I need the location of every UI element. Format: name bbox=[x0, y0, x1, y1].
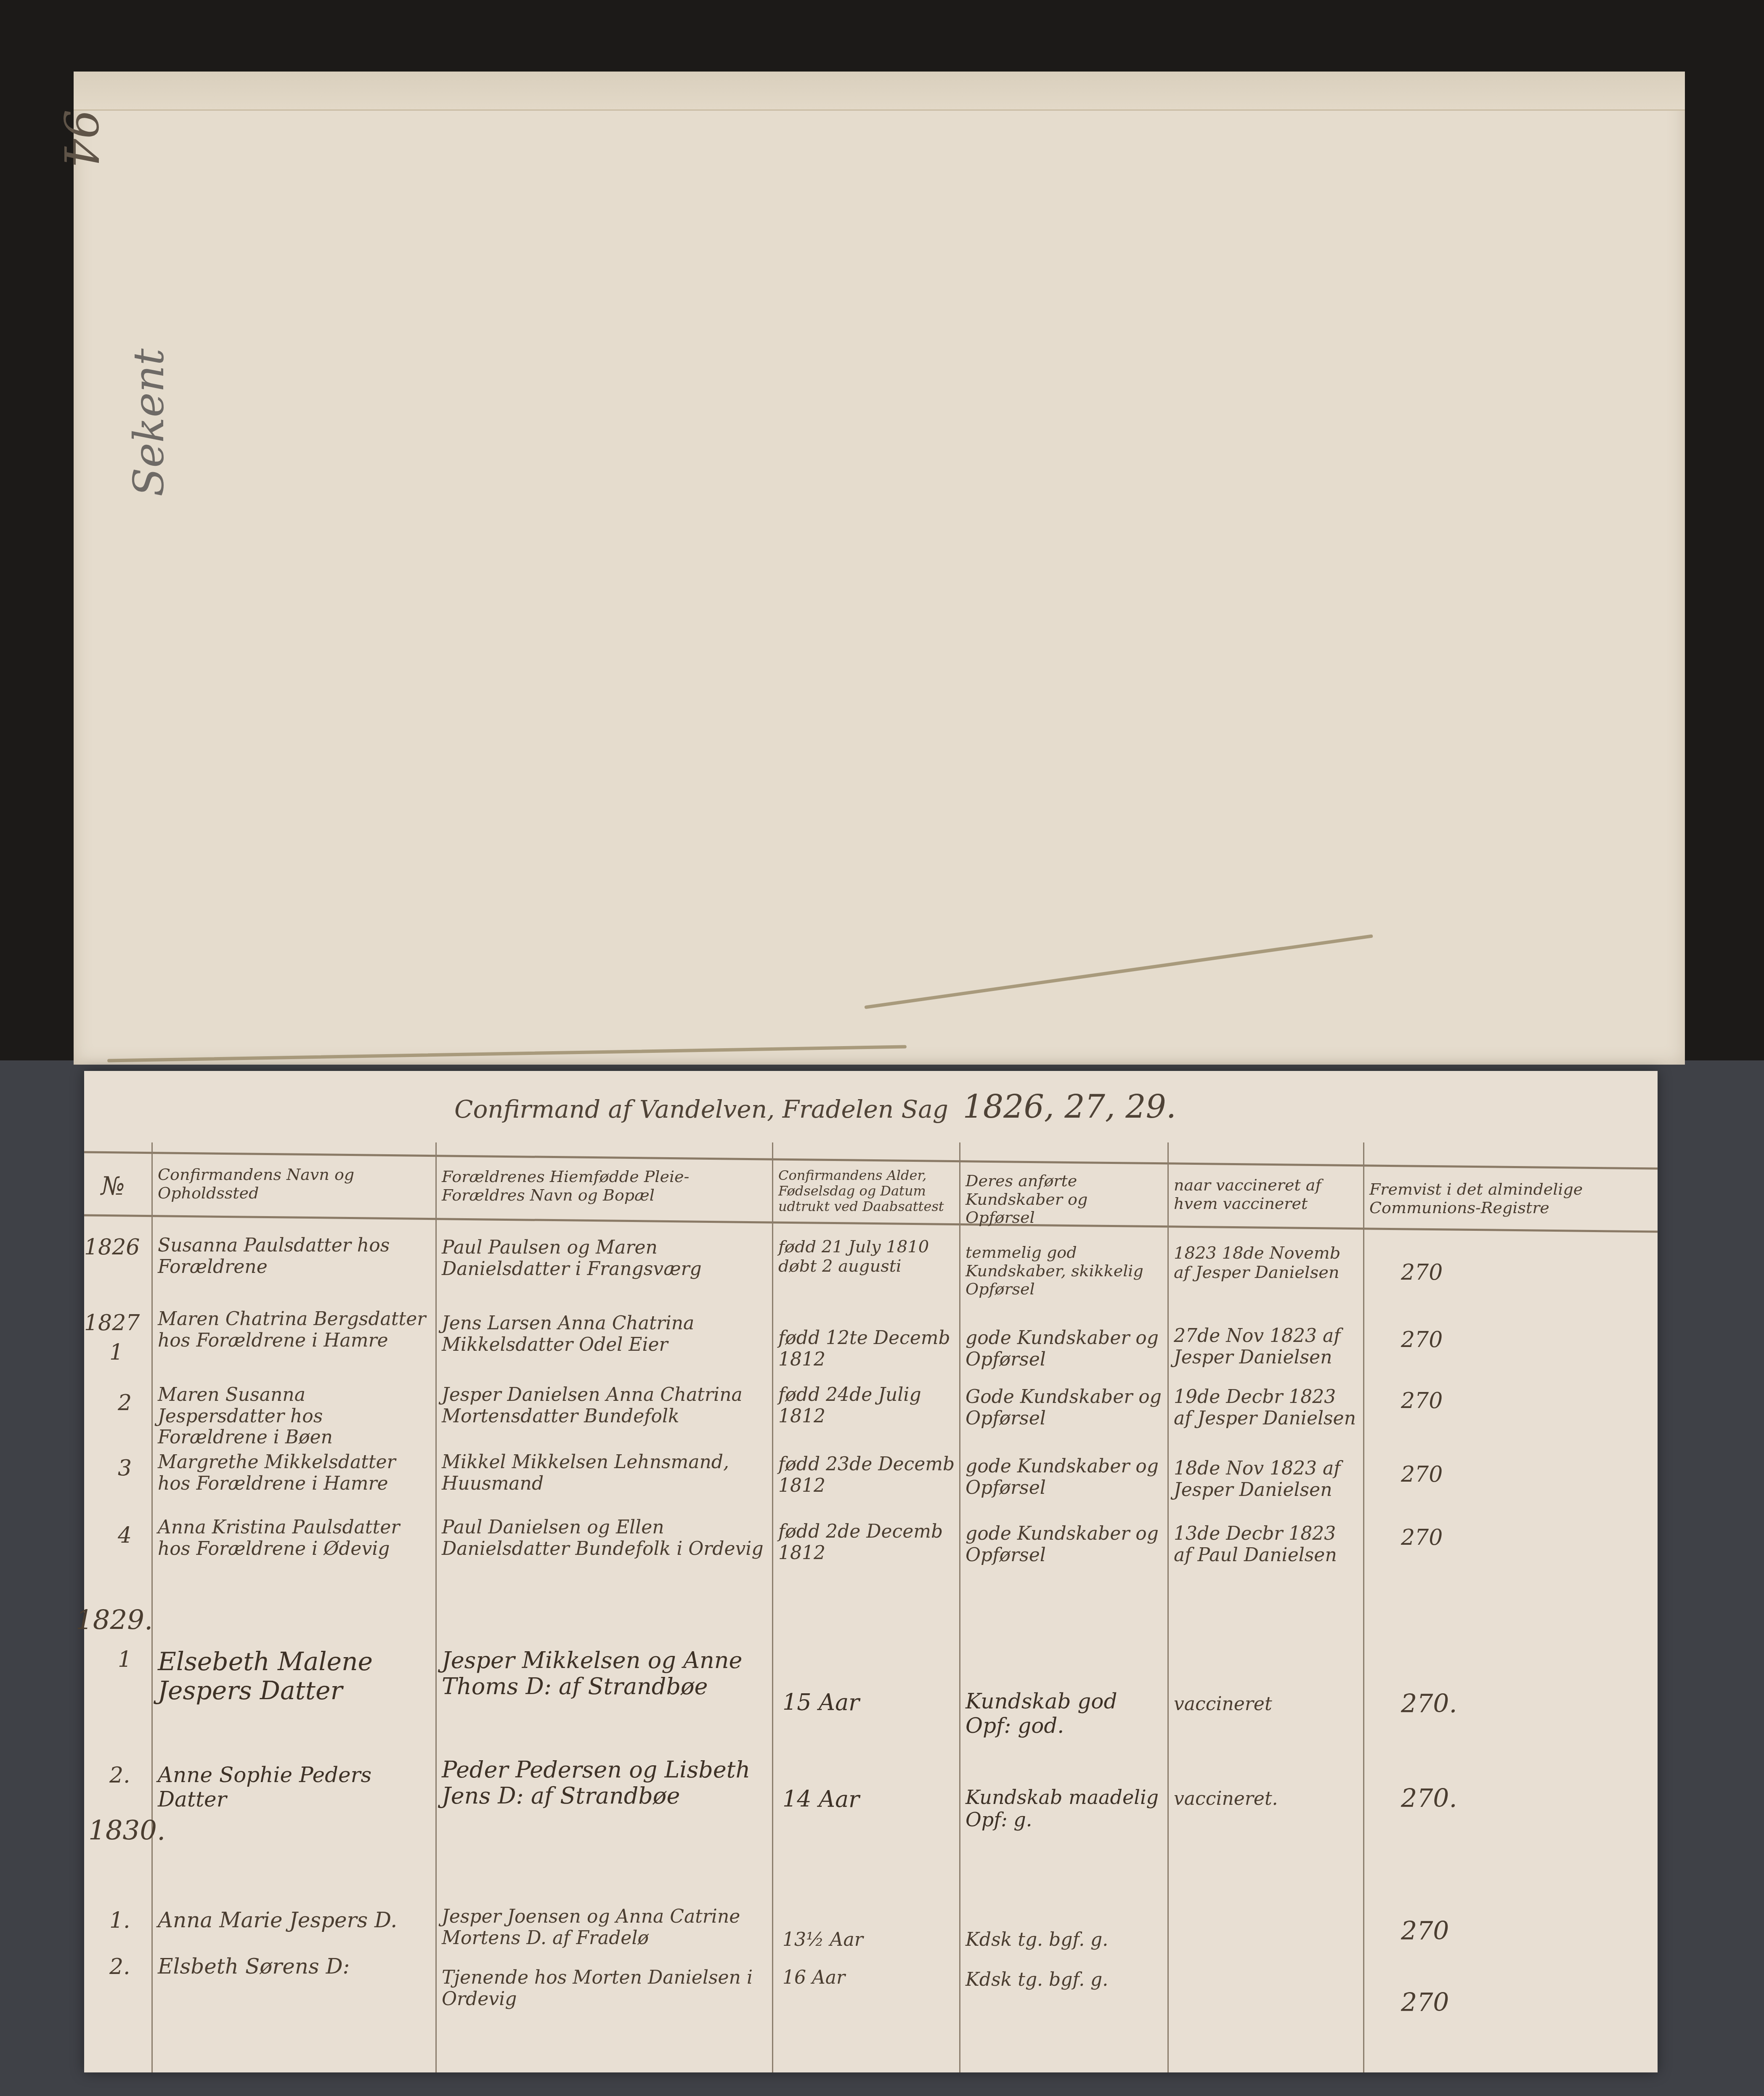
confirmand-name: Anna Kristina Paulsdatter hos Forældrene… bbox=[158, 1517, 431, 1559]
conduct: gode Kundskaber og Opførsel bbox=[966, 1456, 1163, 1498]
vaccination: 1823 18de Novemb af Jesper Danielsen bbox=[1174, 1243, 1359, 1282]
communion-register-number: 270. bbox=[1401, 1690, 1457, 1719]
parents: Jesper Mikkelsen og Anne Thoms D: af Str… bbox=[442, 1647, 761, 1700]
age: fødd 23de Decemb 1812 bbox=[778, 1454, 955, 1496]
age: fødd 24de Julig 1812 bbox=[778, 1384, 955, 1427]
conduct: Kundskab maadelig Opf: g. bbox=[966, 1786, 1163, 1831]
row-number: 4 bbox=[118, 1523, 132, 1549]
age: 16 Aar bbox=[783, 1967, 951, 1989]
conduct: Kundskab god Opf: god. bbox=[966, 1690, 1163, 1738]
upper-blank-page: 94 Sekent bbox=[74, 72, 1685, 1065]
column-rule bbox=[959, 1142, 960, 2072]
communion-register-number: 270 bbox=[1401, 1525, 1443, 1551]
age: fødd 2de Decemb 1812 bbox=[778, 1521, 955, 1564]
register-title: Confirmand af Vandelven, Fradelen Sag 18… bbox=[454, 1088, 1176, 1125]
binding-thread bbox=[864, 934, 1373, 1009]
year-marker: 1827 bbox=[84, 1311, 140, 1336]
age: fødd 12te Decemb 1812 bbox=[778, 1328, 955, 1370]
page-stack-edge bbox=[74, 72, 1685, 111]
row-number: 1826 bbox=[84, 1235, 140, 1260]
confirmand-name: Anne Sophie Peders Datter bbox=[158, 1763, 435, 1812]
communion-register-number: 270 bbox=[1401, 1389, 1443, 1414]
age: 15 Aar bbox=[783, 1690, 951, 1716]
column-rule bbox=[772, 1142, 773, 2072]
conduct: temmelig god Kundskaber, skikkelig Opfør… bbox=[966, 1243, 1163, 1299]
parents: Mikkel Mikkelsen Lehnsmand, Huusmand bbox=[442, 1452, 766, 1494]
vaccination: 13de Decbr 1823 af Paul Danielsen bbox=[1174, 1523, 1359, 1566]
column-rule bbox=[1167, 1142, 1169, 2072]
row-number: 3 bbox=[118, 1456, 132, 1481]
register-title-years: 1826, 27, 29. bbox=[963, 1088, 1176, 1125]
page-number: 94 bbox=[53, 109, 107, 168]
header-age: Confirmandens Alder, Fødselsdag og Datum… bbox=[778, 1168, 955, 1214]
pencil-margin-note: Sekent bbox=[124, 348, 173, 497]
row-number: 1 bbox=[109, 1340, 123, 1365]
confirmand-name: Susanna Paulsdatter hos Forældrene bbox=[158, 1235, 431, 1278]
vaccination: 19de Decbr 1823 af Jesper Danielsen bbox=[1174, 1387, 1359, 1429]
vaccination: 18de Nov 1823 af Jesper Danielsen bbox=[1174, 1458, 1359, 1501]
communion-register-number: 270. bbox=[1401, 1784, 1457, 1813]
age: 13½ Aar bbox=[783, 1929, 951, 1951]
vaccination: 27de Nov 1823 af Jesper Danielsen bbox=[1174, 1326, 1359, 1368]
header-vaccination: naar vaccineret af hvem vaccineret bbox=[1174, 1176, 1355, 1213]
communion-register-number: 270 bbox=[1401, 1462, 1443, 1488]
year-marker: 1830. bbox=[88, 1816, 165, 1847]
header-conduct: Deres anførte Kundskaber og Opførsel bbox=[966, 1172, 1159, 1227]
header-number: № bbox=[101, 1172, 125, 1201]
confirmation-register-table: № Confirmandens Navn og Opholdssted Foræ… bbox=[84, 1142, 1658, 2072]
register-page: Confirmand af Vandelven, Fradelen Sag 18… bbox=[84, 1071, 1658, 2072]
conduct: gode Kundskaber og Opførsel bbox=[966, 1328, 1163, 1370]
age: fødd 21 July 1810 døbt 2 augusti bbox=[778, 1237, 955, 1276]
parents: Jesper Danielsen Anna Chatrina Mortensda… bbox=[442, 1384, 766, 1427]
register-title-text: Confirmand af Vandelven, Fradelen Sag bbox=[454, 1095, 948, 1124]
parents: Jesper Joensen og Anna Catrine Mortens D… bbox=[442, 1906, 770, 1949]
age: 14 Aar bbox=[783, 1786, 951, 1812]
communion-register-number: 270 bbox=[1401, 1988, 1449, 2017]
conduct: Gode Kundskaber og Opførsel bbox=[966, 1387, 1163, 1429]
row-number: 2. bbox=[109, 1763, 130, 1788]
conduct: Kdsk tg. bgf. g. bbox=[966, 1969, 1163, 1991]
conduct: Kdsk tg. bgf. g. bbox=[966, 1929, 1163, 1951]
header-communion-register: Fremvist i det alminde­lige Communions-R… bbox=[1369, 1180, 1639, 1217]
communion-register-number: 270 bbox=[1401, 1260, 1443, 1286]
conduct: gode Kundskaber og Opførsel bbox=[966, 1523, 1163, 1566]
parents: Paul Paulsen og Maren Danielsdatter i Fr… bbox=[442, 1237, 766, 1280]
header-confirmand-name: Confirmandens Navn og Opholdssted bbox=[158, 1166, 427, 1202]
communion-register-number: 270 bbox=[1401, 1917, 1449, 1946]
vaccination: vaccineret bbox=[1174, 1694, 1359, 1715]
year-marker: 1829. bbox=[76, 1605, 153, 1636]
confirmand-name: Anna Marie Jespers D. bbox=[158, 1908, 435, 1933]
parents: Tjenende hos Morten Danielsen i Ordevig bbox=[442, 1967, 770, 2010]
row-number: 2 bbox=[118, 1391, 132, 1416]
binding-thread bbox=[107, 1045, 907, 1062]
row-number: 1 bbox=[118, 1647, 132, 1673]
confirmand-name: Maren Susanna Jespersdatter hos Forældre… bbox=[158, 1384, 431, 1448]
header-parents: Forældrenes Hiemfødde Pleie-Forældres Na… bbox=[442, 1168, 766, 1204]
column-rule bbox=[435, 1142, 437, 2072]
row-number: 1. bbox=[109, 1908, 130, 1934]
vaccination: vaccineret. bbox=[1174, 1788, 1359, 1810]
parents: Paul Danielsen og Ellen Danielsdatter Bu… bbox=[442, 1517, 766, 1559]
row-number: 2. bbox=[109, 1955, 130, 1980]
parents: Jens Larsen Anna Chatrina Mikkelsdatter … bbox=[442, 1313, 766, 1355]
confirmand-name: Elsbeth Sørens D: bbox=[158, 1955, 435, 1979]
parents: Peder Pedersen og Lisbeth Jens D: af Str… bbox=[442, 1757, 761, 1809]
confirmand-name: Maren Chatrina Bergsdatter hos Forældren… bbox=[158, 1309, 431, 1351]
confirmand-name: Margrethe Mikkelsdatter hos Forældrene i… bbox=[158, 1452, 431, 1494]
confirmand-name: Elsebeth Malene Jespers Datter bbox=[158, 1647, 427, 1705]
communion-register-number: 270 bbox=[1401, 1328, 1443, 1353]
column-rule bbox=[1363, 1142, 1364, 2072]
